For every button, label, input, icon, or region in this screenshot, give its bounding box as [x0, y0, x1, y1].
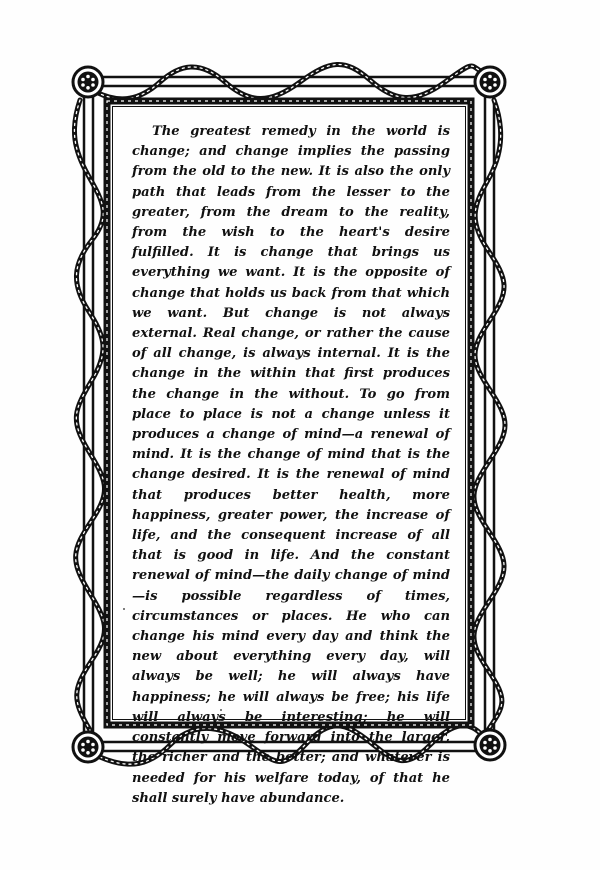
left-rail [84, 92, 93, 738]
print-speck [220, 709, 222, 711]
rosette-medallion-icon-bottom-left [73, 732, 103, 762]
print-speck [123, 608, 125, 610]
rosette-medallion-icon-top-left [73, 67, 103, 97]
right-rail [485, 92, 494, 738]
rosette-medallion-icon-bottom-right [475, 730, 505, 760]
body-text: The greatest remedy in the world is chan… [132, 122, 450, 809]
paragraph: The greatest remedy in the world is chan… [132, 122, 450, 809]
book-page: The greatest remedy in the world is chan… [0, 0, 600, 870]
rosette-medallion-icon-top-right [475, 67, 505, 97]
